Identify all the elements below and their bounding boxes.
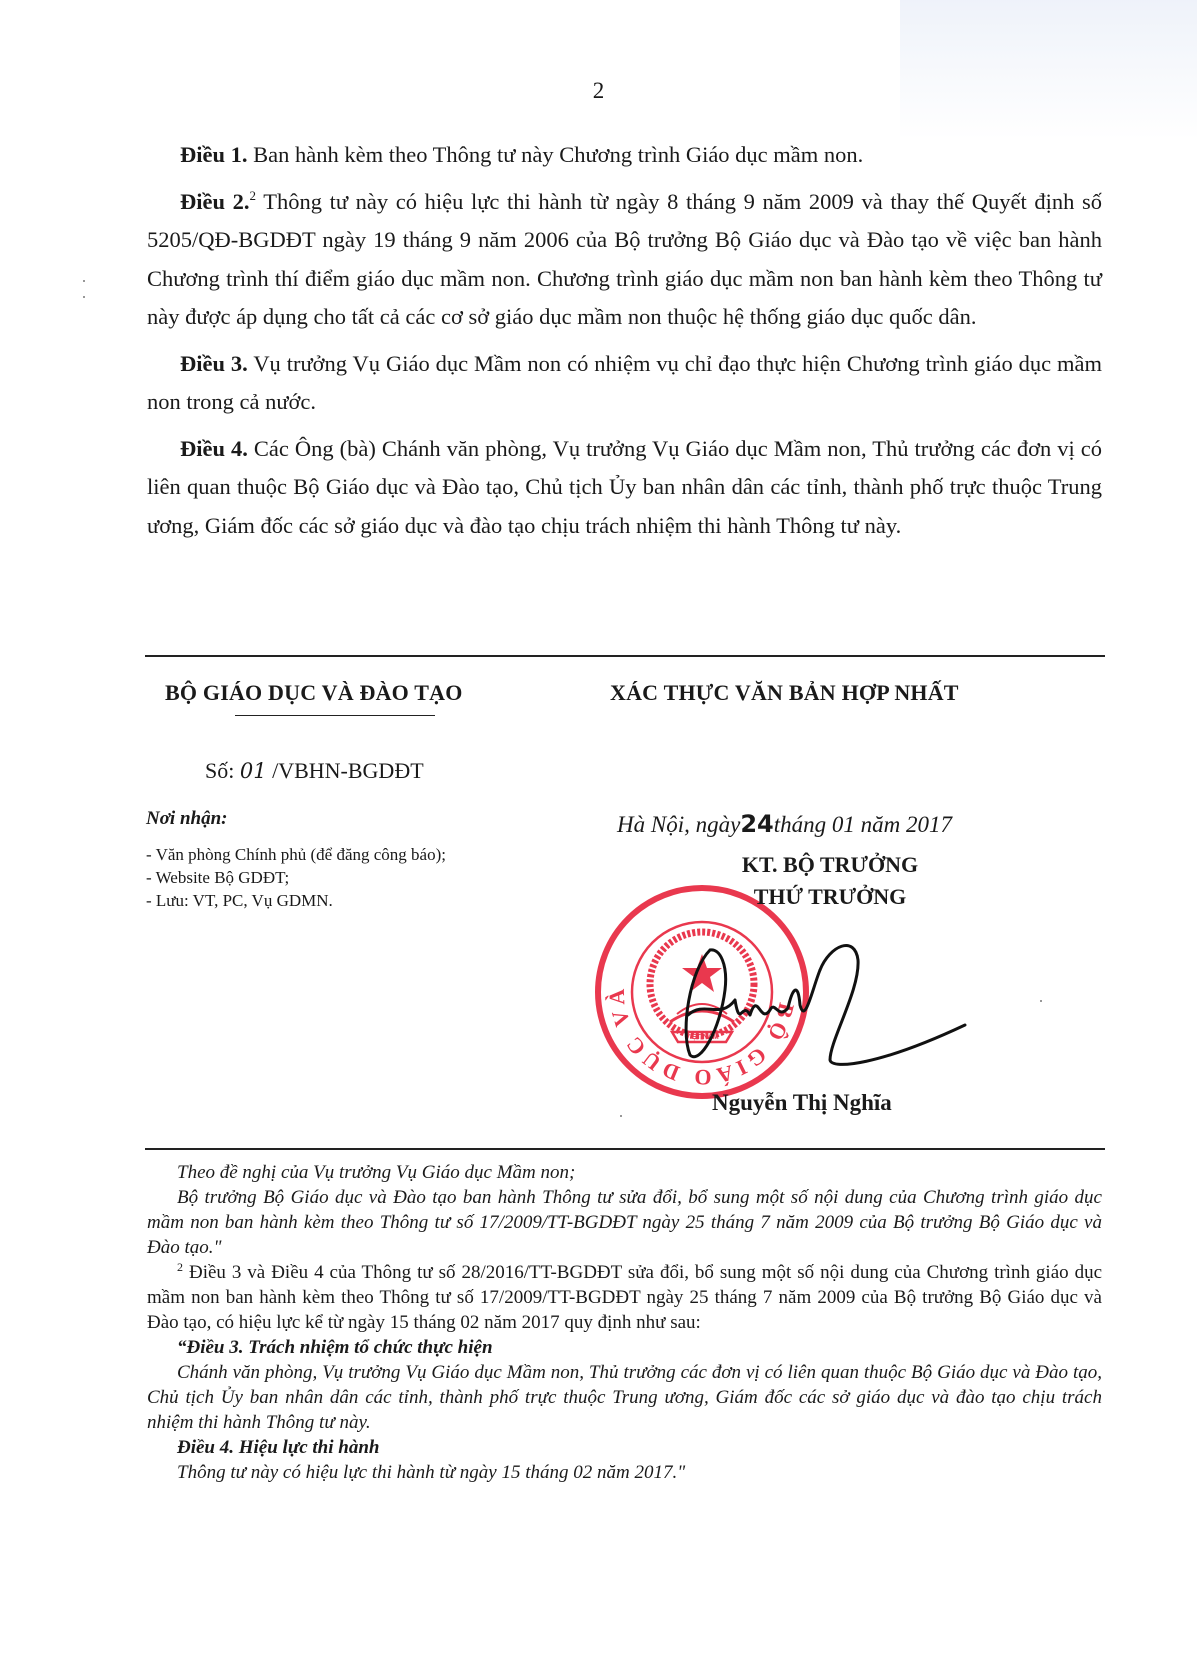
footnote-continuation-2: Bộ trưởng Bộ Giáo dục và Đào tạo ban hàn… xyxy=(147,1185,1102,1260)
recipient-item: - Lưu: VT, PC, Vụ GDMN. xyxy=(146,889,446,912)
article-label: Điều 4. xyxy=(180,436,248,461)
quoted-article-3-text: Chánh văn phòng, Vụ trưởng Vụ Giáo dục M… xyxy=(147,1360,1102,1435)
authentication-heading: XÁC THỰC VĂN BẢN HỢP NHẤT xyxy=(610,680,959,706)
scan-speck xyxy=(83,296,85,298)
recipient-item: - Văn phòng Chính phủ (để đăng công báo)… xyxy=(146,843,446,866)
footnote-text: Điều 3 và Điều 4 của Thông tư số 28/2016… xyxy=(147,1262,1102,1333)
quoted-article-4-text: Thông tư này có hiệu lực thi hành từ ngà… xyxy=(147,1460,1102,1485)
article-text: Các Ông (bà) Chánh văn phòng, Vụ trưởng … xyxy=(147,436,1102,538)
issuing-organization: BỘ GIÁO DỤC VÀ ĐÀO TẠO xyxy=(165,680,463,706)
recipients-title: Nơi nhận: xyxy=(146,808,227,830)
signer-title-line1: KT. BỘ TRƯỞNG xyxy=(700,852,960,878)
articles-body: Điều 1. Ban hành kèm theo Thông tư này C… xyxy=(147,136,1102,553)
article-label: Điều 3. xyxy=(180,351,248,376)
handwritten-signature-icon xyxy=(680,930,1040,1070)
article-text: Ban hành kèm theo Thông tư này Chương tr… xyxy=(253,142,863,167)
footnote-divider xyxy=(145,1148,1105,1150)
section-divider xyxy=(145,655,1105,657)
signer-title-line2: THỨ TRƯỞNG xyxy=(700,884,960,910)
footnote-marker: 2 xyxy=(177,1260,183,1274)
scan-speck xyxy=(620,1115,622,1117)
article-text: Vụ trưởng Vụ Giáo dục Mầm non có nhiệm v… xyxy=(147,351,1102,415)
handwritten-number: 01 xyxy=(240,759,267,783)
quoted-article-4-title: Điều 4. Hiệu lực thi hành xyxy=(147,1435,1102,1460)
footnotes: Theo đề nghị của Vụ trưởng Vụ Giáo dục M… xyxy=(147,1160,1102,1485)
signer-name: Nguyễn Thị Nghĩa xyxy=(712,1090,892,1116)
handwritten-day: 24 xyxy=(740,810,773,838)
article-label: Điều 2. xyxy=(180,189,250,214)
recipient-item: - Website Bộ GDĐT; xyxy=(146,866,446,889)
date-line: Hà Nội, ngày24tháng 01 năm 2017 xyxy=(617,810,952,838)
date-prefix: Hà Nội, ngày xyxy=(617,812,740,837)
article-2: Điều 2.2 Thông tư này có hiệu lực thi hà… xyxy=(147,183,1102,337)
article-text: Thông tư này có hiệu lực thi hành từ ngà… xyxy=(147,189,1102,330)
article-4: Điều 4. Các Ông (bà) Chánh văn phòng, Vụ… xyxy=(147,430,1102,546)
quoted-article-3-title: “Điều 3. Trách nhiệm tổ chức thực hiện xyxy=(147,1335,1102,1360)
recipients-list: - Văn phòng Chính phủ (để đăng công báo)… xyxy=(146,843,446,912)
number-suffix: /VBHN-BGDĐT xyxy=(272,758,424,783)
article-1: Điều 1. Ban hành kèm theo Thông tư này C… xyxy=(147,136,1102,175)
article-label: Điều 1. xyxy=(180,142,248,167)
document-number: Số: 01 /VBHN-BGDĐT xyxy=(205,758,424,784)
article-3: Điều 3. Vụ trưởng Vụ Giáo dục Mầm non có… xyxy=(147,345,1102,422)
date-suffix: tháng 01 năm 2017 xyxy=(774,812,952,837)
footnote-2: 2 Điều 3 và Điều 4 của Thông tư số 28/20… xyxy=(147,1260,1102,1335)
footnote-continuation-1: Theo đề nghị của Vụ trưởng Vụ Giáo dục M… xyxy=(147,1160,1102,1185)
scan-speck xyxy=(1040,1000,1042,1002)
organization-underline xyxy=(235,715,435,716)
number-prefix: Số: xyxy=(205,758,234,783)
footnote-ref[interactable]: 2 xyxy=(250,188,257,203)
scan-speck xyxy=(83,280,85,282)
page-number: 2 xyxy=(0,78,1197,104)
scan-tint xyxy=(900,0,1197,140)
